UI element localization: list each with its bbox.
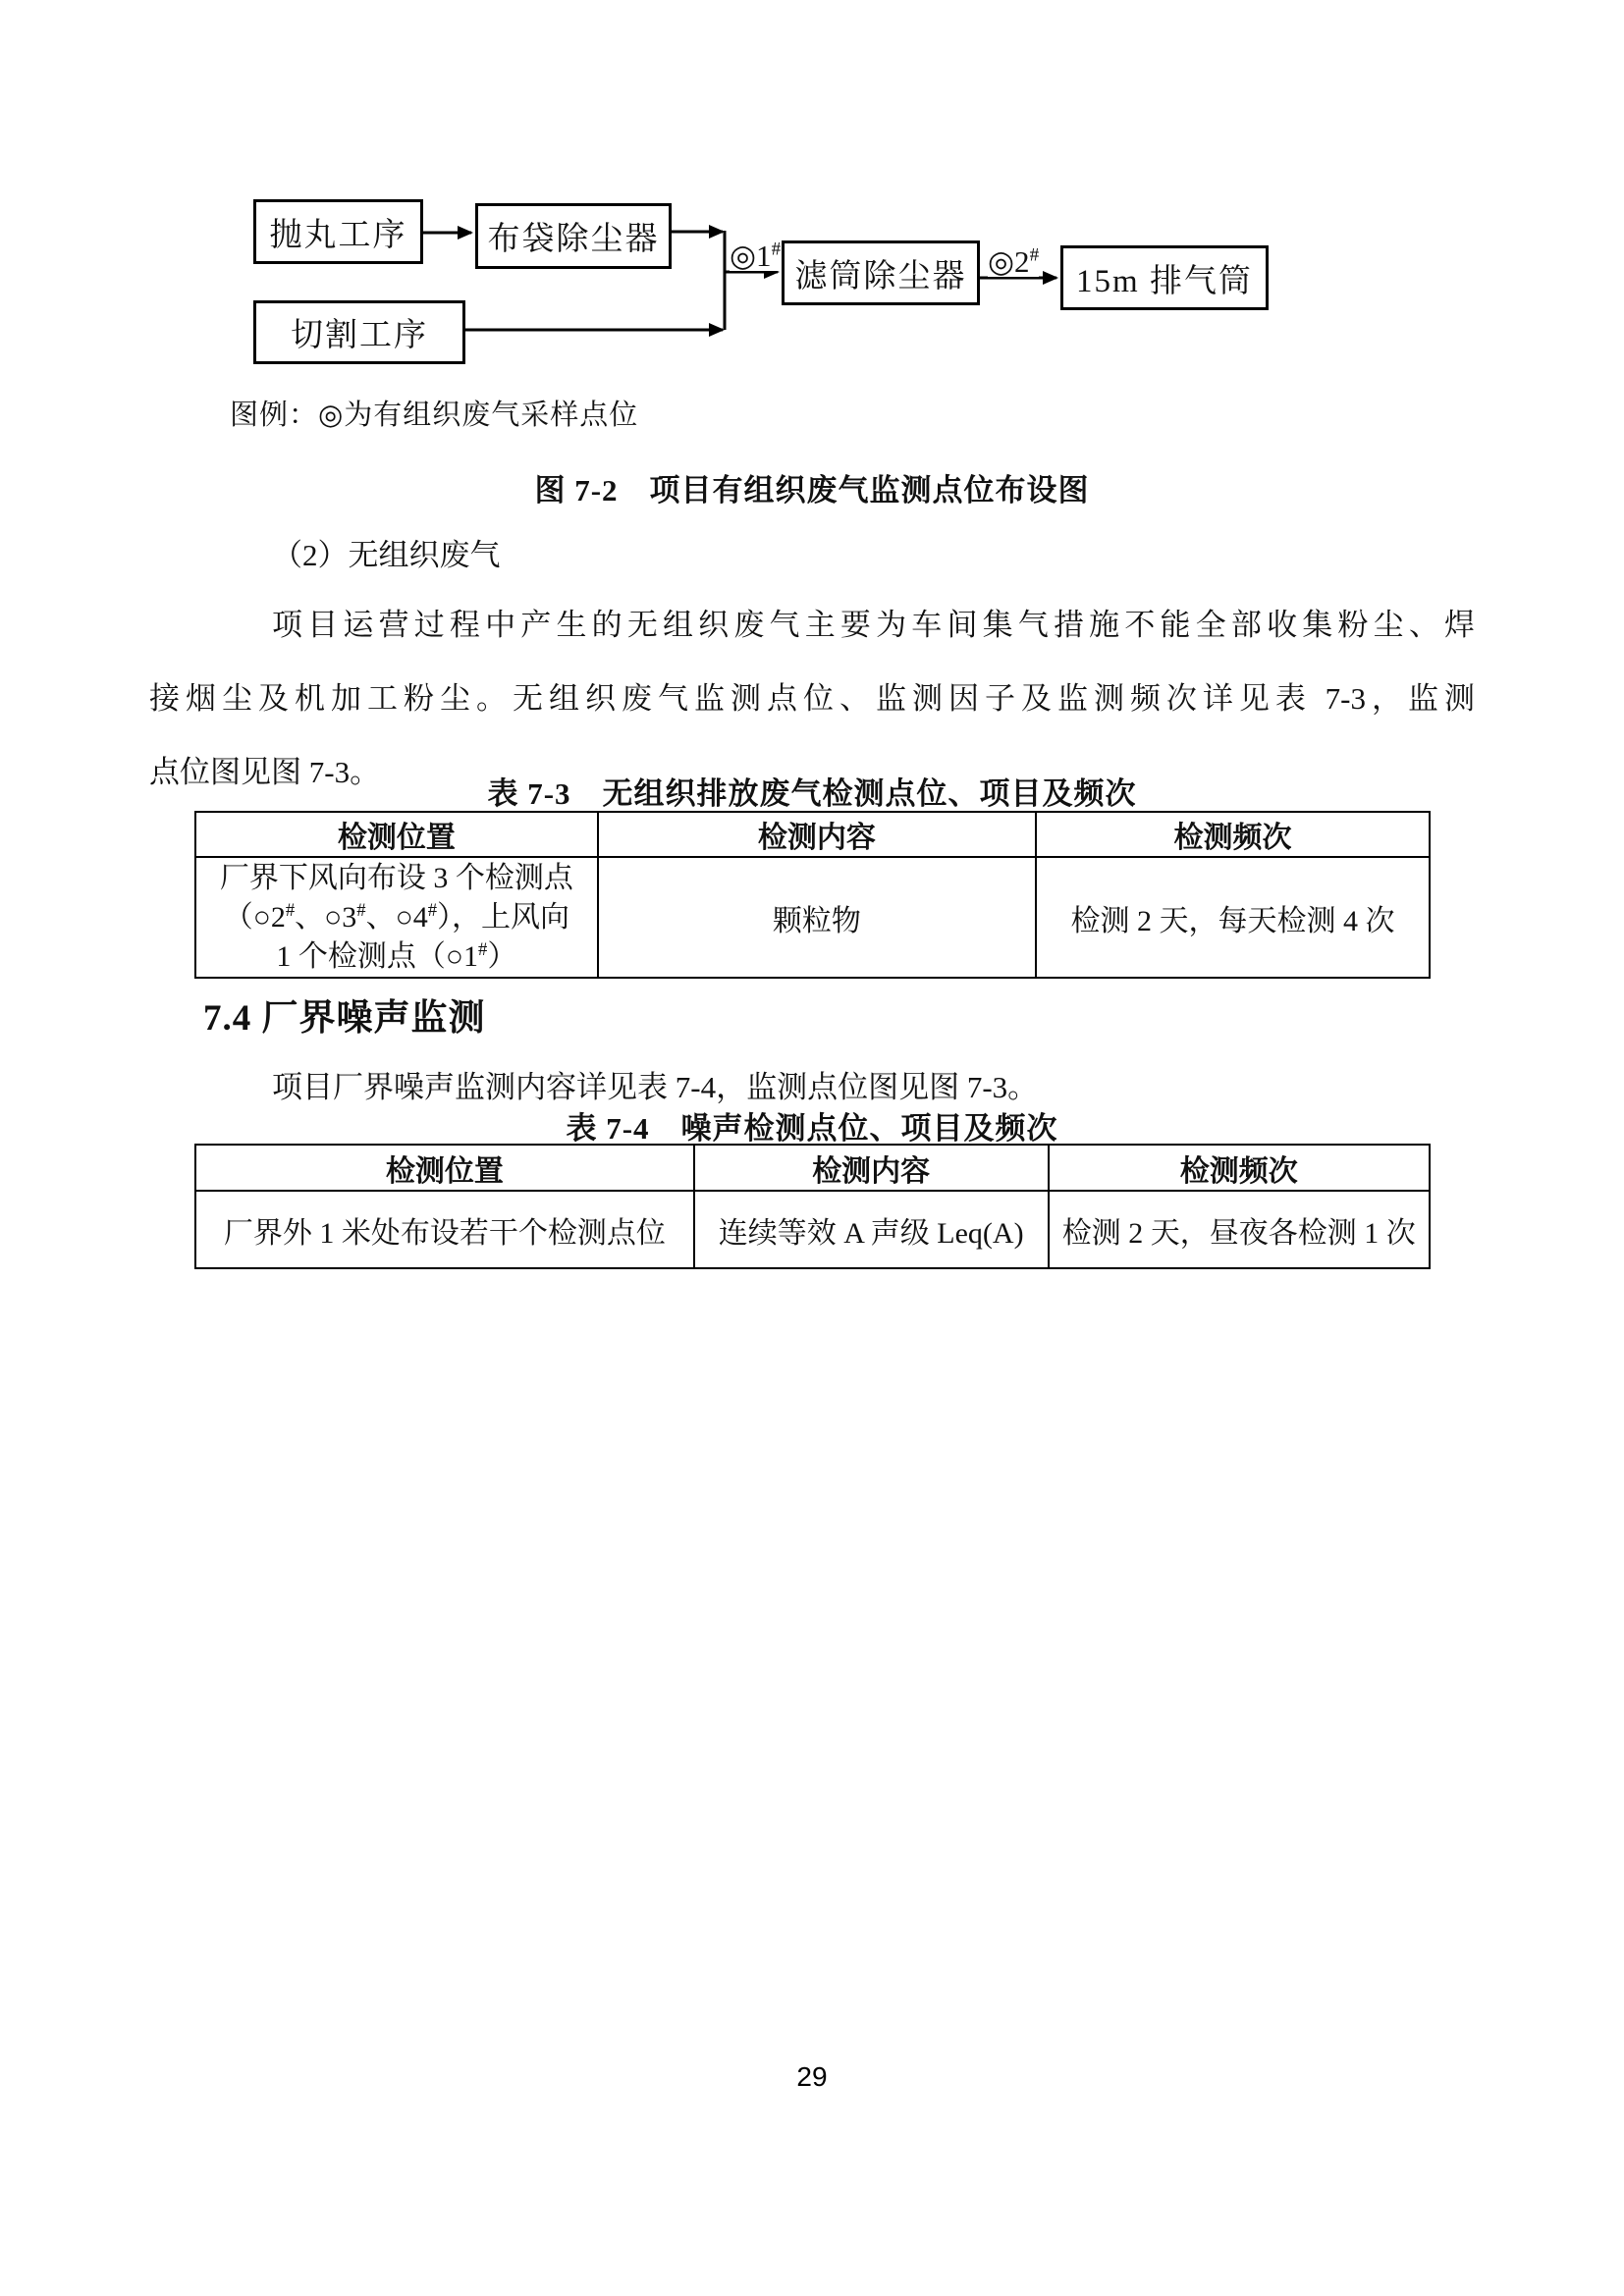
cell-location-line1: 厂界下风向布设 3 个检测点 bbox=[196, 859, 597, 898]
cell-location: 厂界下风向布设 3 个检测点 （○2#、○3#、○4#），上风向 1 个检测点（… bbox=[195, 857, 598, 978]
cell-content: 连续等效 A 声级 Leq(A) bbox=[694, 1191, 1049, 1268]
table-header-content: 检测内容 bbox=[598, 812, 1036, 857]
flowchart-legend: 图例：◎为有组织废气采样点位 bbox=[230, 393, 638, 433]
table-header-frequency: 检测频次 bbox=[1049, 1145, 1430, 1191]
sampling-point-1-label: ◎1# bbox=[730, 240, 781, 271]
table-7-3-data-row: 厂界下风向布设 3 个检测点 （○2#、○3#、○4#），上风向 1 个检测点（… bbox=[195, 857, 1430, 978]
table-7-3-header-row: 检测位置 检测内容 检测频次 bbox=[195, 812, 1430, 857]
paragraph-line: 项目运营过程中产生的无组织废气主要为车间集气措施不能全部收集粉尘、焊 bbox=[149, 604, 1475, 647]
document-page: 抛丸工序 布袋除尘器 滤筒除尘器 15m 排气筒 切割工序 ◎1# ◎2# 图例… bbox=[0, 0, 1624, 2296]
table-header-content: 检测内容 bbox=[694, 1145, 1049, 1191]
figure-7-2-caption: 图 7-2 项目有组织废气监测点位布设图 bbox=[0, 465, 1624, 509]
table-7-4-caption: 表 7-4 噪声检测点位、项目及频次 bbox=[0, 1103, 1624, 1148]
cell-location: 厂界外 1 米处布设若干个检测点位 bbox=[195, 1191, 694, 1268]
cell-content: 颗粒物 bbox=[598, 857, 1036, 978]
table-header-location: 检测位置 bbox=[195, 1145, 694, 1191]
page-number: 29 bbox=[0, 2061, 1624, 2093]
flow-box-exhaust-stack: 15m 排气筒 bbox=[1060, 245, 1269, 310]
cell-location-line2: （○2#、○3#、○4#），上风向 bbox=[196, 898, 597, 937]
section-7-4-heading: 7.4 厂界噪声监测 bbox=[203, 988, 486, 1041]
table-7-4-header-row: 检测位置 检测内容 检测频次 bbox=[195, 1145, 1430, 1191]
unorganized-gas-label: （2）无组织废气 bbox=[272, 530, 501, 574]
section-7-4-paragraph: 项目厂界噪声监测内容详见表 7-4，监测点位图见图 7-3。 bbox=[272, 1062, 1038, 1106]
flow-box-cutting: 切割工序 bbox=[253, 300, 465, 364]
flow-box-cartridge-filter: 滤筒除尘器 bbox=[782, 240, 980, 305]
paragraph-line: 接烟尘及机加工粉尘。无组织废气监测点位、监测因子及监测频次详见表 7-3，监测 bbox=[149, 677, 1475, 721]
cell-frequency: 检测 2 天，昼夜各检测 1 次 bbox=[1049, 1191, 1430, 1268]
table-7-3-caption: 表 7-3 无组织排放废气检测点位、项目及频次 bbox=[0, 769, 1624, 813]
table-7-4-data-row: 厂界外 1 米处布设若干个检测点位 连续等效 A 声级 Leq(A) 检测 2 … bbox=[195, 1191, 1430, 1268]
sampling-point-2-label: ◎2# bbox=[988, 246, 1039, 277]
table-header-frequency: 检测频次 bbox=[1036, 812, 1430, 857]
table-7-4: 检测位置 检测内容 检测频次 厂界外 1 米处布设若干个检测点位 连续等效 A … bbox=[194, 1144, 1431, 1269]
flow-box-bag-filter: 布袋除尘器 bbox=[475, 203, 672, 269]
process-flowchart: 抛丸工序 布袋除尘器 滤筒除尘器 15m 排气筒 切割工序 ◎1# ◎2# bbox=[137, 182, 1335, 393]
table-header-location: 检测位置 bbox=[195, 812, 598, 857]
flow-box-shot-blasting: 抛丸工序 bbox=[253, 199, 423, 264]
cell-location-line3: 1 个检测点（○1#） bbox=[196, 937, 597, 977]
table-7-3: 检测位置 检测内容 检测频次 厂界下风向布设 3 个检测点 （○2#、○3#、○… bbox=[194, 811, 1431, 979]
cell-frequency: 检测 2 天，每天检测 4 次 bbox=[1036, 857, 1430, 978]
